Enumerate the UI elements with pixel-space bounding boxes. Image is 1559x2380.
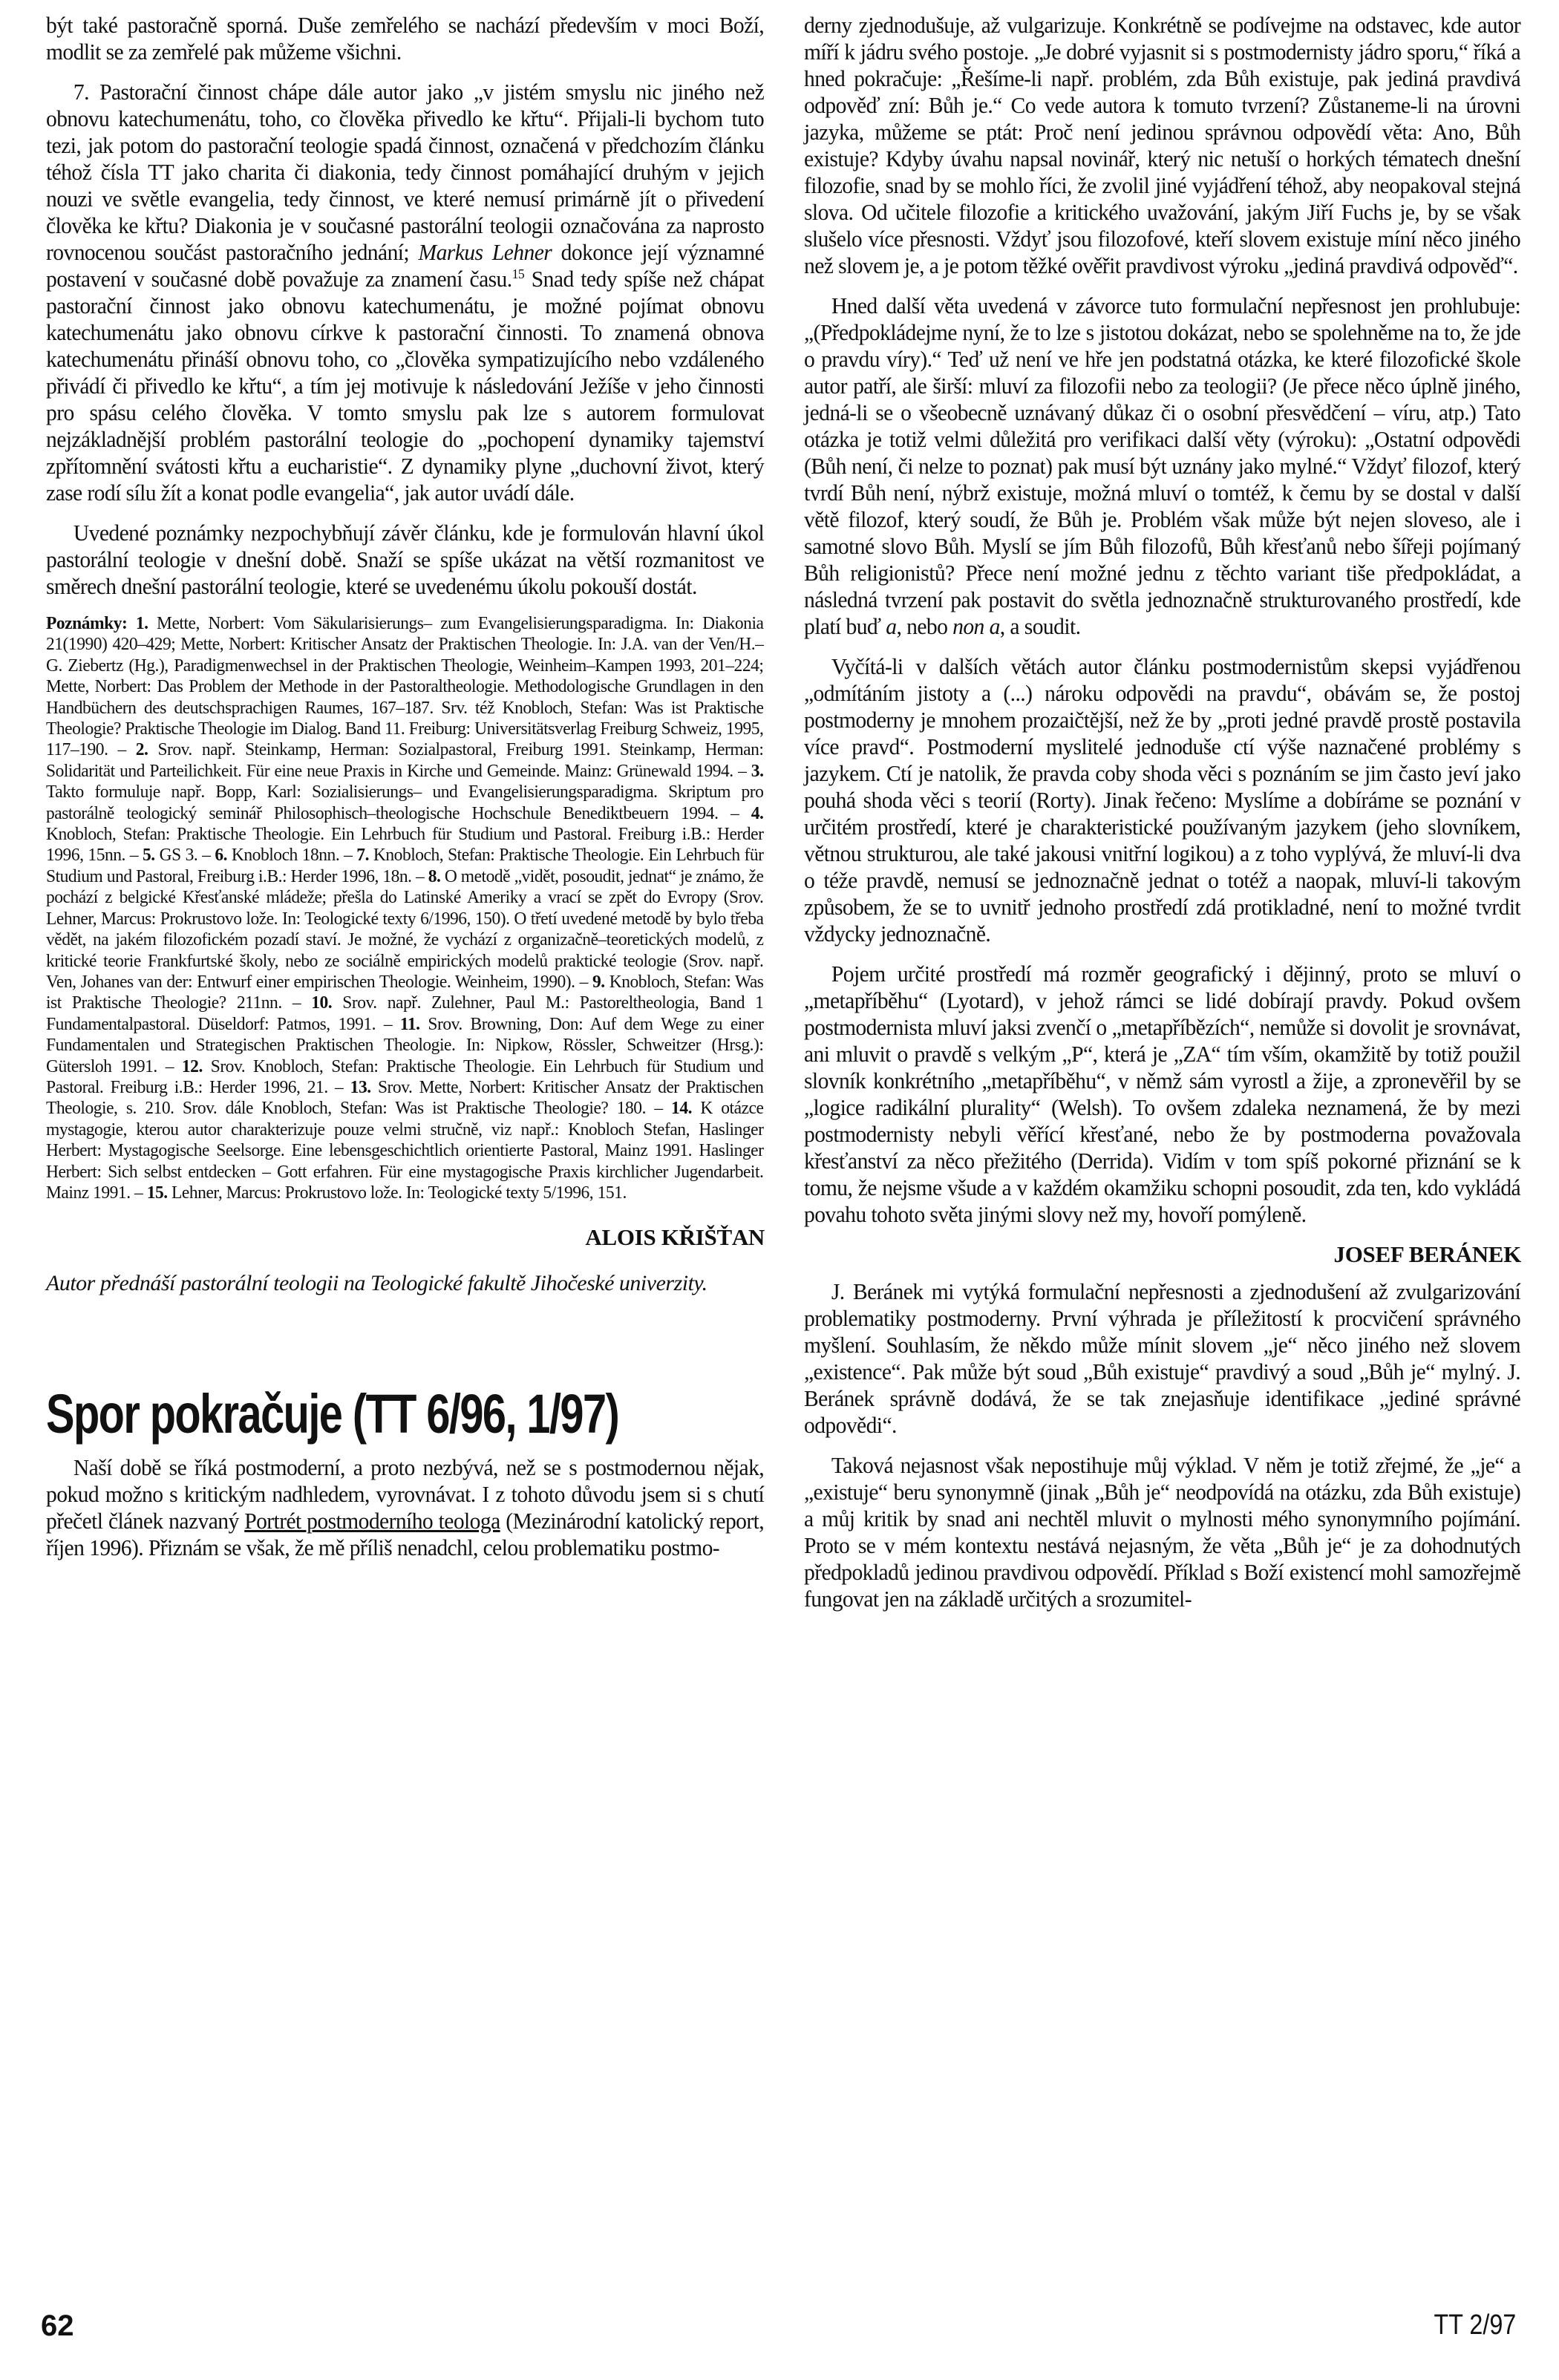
article-title-link[interactable]: Portrét postmoderního teologa — [244, 1508, 500, 1534]
text-run: , a soudit. — [1000, 614, 1081, 639]
footnote-number: 8. — [428, 866, 441, 886]
footnote-number: 6. — [215, 845, 227, 865]
text-run: Hned další věta uvedená v závorce tuto f… — [804, 293, 1520, 639]
paragraph-conclusion: Uvedené poznámky nezpochybňují závěr člá… — [46, 520, 764, 600]
paragraph: Vyčítá-li v dalších větách autor článku … — [804, 653, 1520, 947]
author-name-italic: Markus Lehner — [419, 240, 552, 265]
footnote-number: 1. — [136, 613, 148, 633]
footnote-number: 11. — [400, 1014, 420, 1034]
footnote-number: 14. — [671, 1098, 692, 1118]
page-number: 62 — [41, 2309, 74, 2343]
author-bio: Autor přednáší pastorální teologii na Te… — [46, 1270, 765, 1297]
footnote-text: Mette, Norbert: Vom Säkularisierungs– zu… — [46, 613, 763, 759]
article-headline: Spor pokračuje (TT 6/96, 1/97) — [46, 1384, 607, 1444]
footnote-text: Lehner, Marcus: Prokrustovo lože. In: Te… — [168, 1183, 627, 1203]
magazine-page: být také pastoračně sporná. Duše zemřelé… — [0, 0, 1559, 2380]
paragraph-intro: Naší době se říká postmoderní, a proto n… — [46, 1454, 764, 1561]
footnote-number: 13. — [350, 1077, 371, 1097]
footnote-number: 9. — [592, 972, 605, 992]
paragraph: Hned další věta uvedená v závorce tuto f… — [804, 292, 1520, 640]
author-signature: ALOIS KŘIŠŤAN — [46, 1224, 765, 1251]
footnote-text: GS 3. — [155, 845, 198, 865]
footnote-list: 1. Mette, Norbert: Vom Säkularisierungs–… — [46, 613, 763, 1203]
author-signature: JOSEF BERÁNEK — [804, 1241, 1521, 1268]
paragraph-continuation: derny zjednodušuje, až vulgarizuje. Konk… — [804, 12, 1520, 279]
paragraph-point-7: 7. Pastorační činnost chápe dále autor j… — [46, 79, 764, 506]
footnote-text: Srov. např. Steinkamp, Herman: Sozialpas… — [46, 739, 763, 780]
footnotes: Poznámky: 1. Mette, Norbert: Vom Säkular… — [46, 613, 763, 1203]
spacer — [46, 1444, 765, 1454]
footnote-number: 2. — [136, 739, 148, 759]
text-run: 7. Pastorační činnost chápe dále autor j… — [46, 79, 764, 265]
paragraph: Pojem určité prostředí má rozměr geograf… — [804, 961, 1520, 1228]
right-column: derny zjednodušuje, až vulgarizuje. Konk… — [804, 12, 1521, 1626]
footnote-reference: 15 — [512, 267, 525, 281]
italic-term: non a — [952, 614, 1000, 639]
footnote-number: 10. — [311, 993, 332, 1013]
footnote-number: 12. — [182, 1056, 203, 1076]
issue-label: TT 2/97 — [1434, 2309, 1516, 2341]
footnote-text: Takto formuluje např. Bopp, Karl: Sozial… — [46, 782, 763, 823]
footnote-number: 4. — [751, 803, 764, 823]
footnotes-label: Poznámky: — [46, 613, 127, 633]
spacer — [46, 1297, 765, 1384]
paragraph-continuation: být také pastoračně sporná. Duše zemřelé… — [46, 12, 764, 65]
left-column: být také pastoračně sporná. Duše zemřelé… — [46, 12, 765, 1575]
footnote-number: 7. — [356, 845, 369, 865]
text-run: , nebo — [896, 614, 952, 639]
footnote-number: 15. — [147, 1183, 168, 1203]
footnote-text: Knobloch 18nn. — [227, 845, 339, 865]
footnote-number: 3. — [751, 761, 764, 781]
paragraph-reply: Taková nejasnost však nepostihuje můj vý… — [804, 1452, 1520, 1612]
text-run: Snad tedy spíše než chápat pastorační či… — [46, 267, 764, 506]
paragraph-reply: J. Beránek mi vytýká formulační nepřesno… — [804, 1278, 1520, 1439]
footnote-number: 5. — [143, 845, 155, 865]
italic-term: a — [886, 614, 896, 639]
